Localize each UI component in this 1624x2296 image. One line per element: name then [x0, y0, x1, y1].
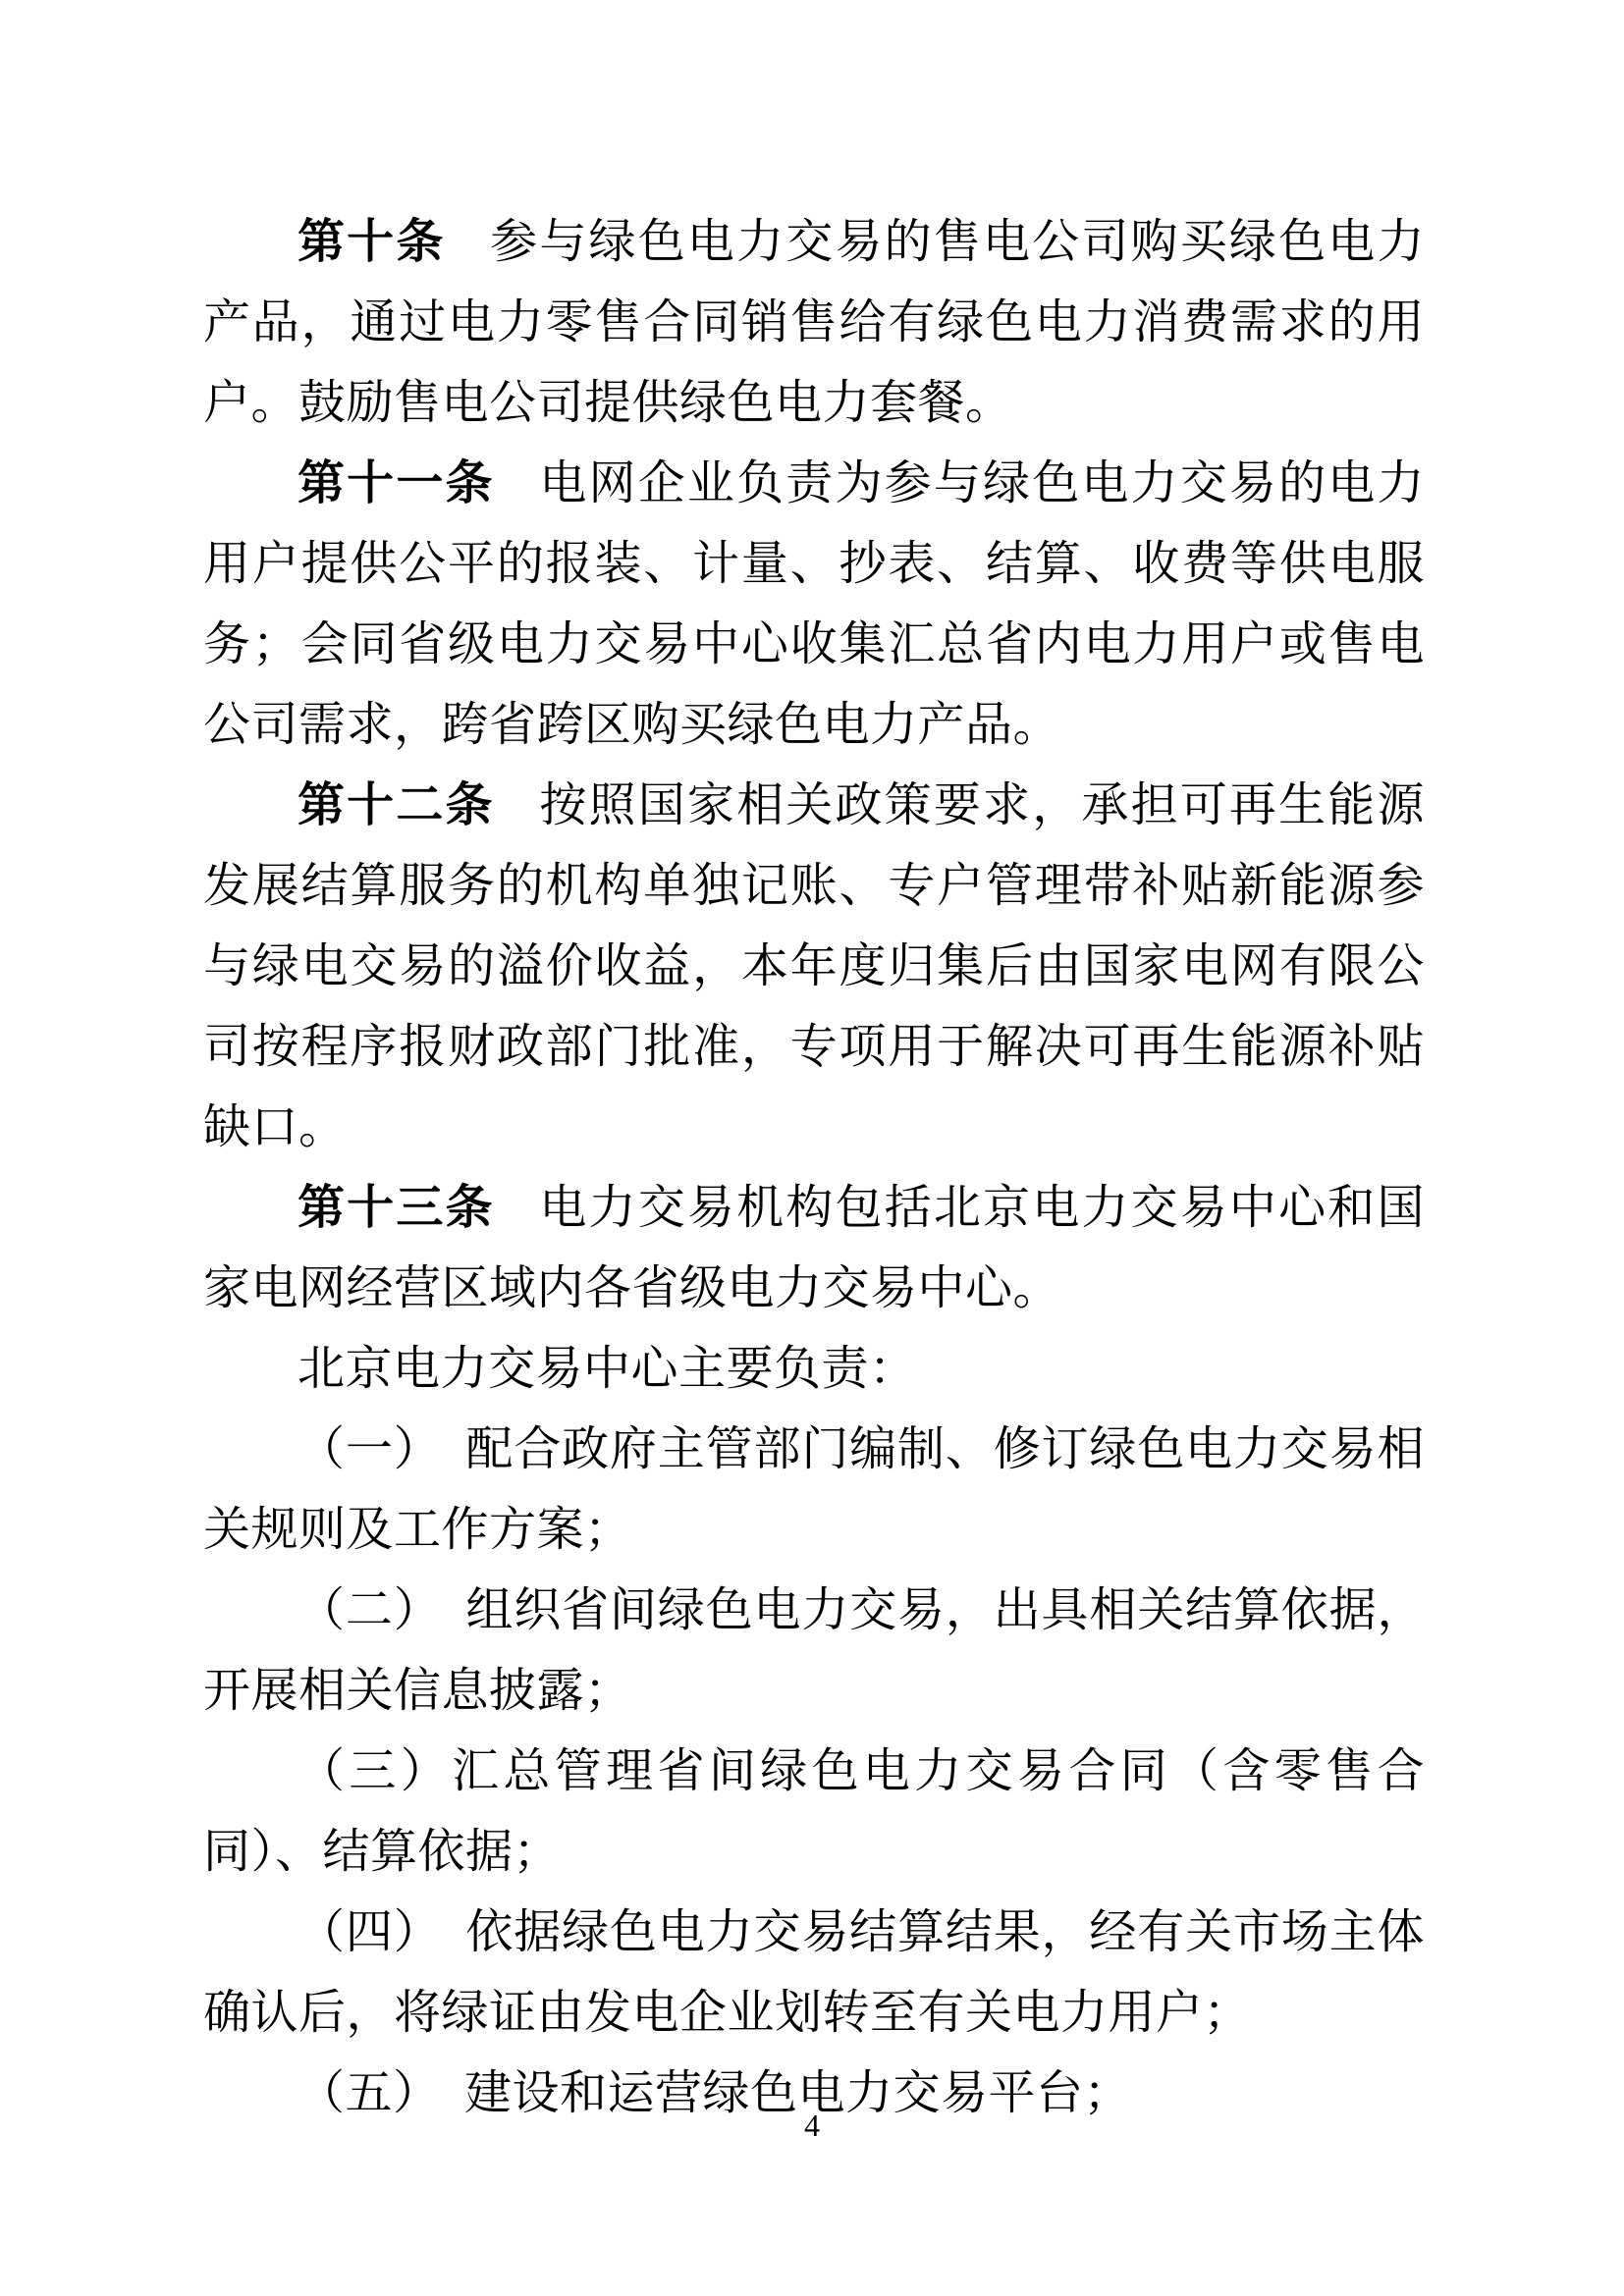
page-footer: 4 — [0, 2109, 1624, 2141]
article-10-number: 第十条 — [298, 216, 446, 268]
paragraph-article-10: 第十条参与绿色电力交易的售电公司购买绿色电力产品，通过电力零售合同销售给有绿色电… — [203, 202, 1425, 444]
paragraph-beijing-intro: 北京电力交易中心主要负责： — [203, 1329, 1425, 1410]
item-1-text: （一） 配合政府主管部门编制、修订绿色电力交易相关规则及工作方案； — [203, 1423, 1425, 1556]
paragraph-article-13: 第十三条电力交易机构包括北京电力交易中心和国家电网经营区域内各省级电力交易中心。 — [203, 1168, 1425, 1329]
paragraph-item-3: （三）汇总管理省间绿色电力交易合同（含零售合同）、结算依据； — [203, 1732, 1425, 1893]
article-12-number: 第十二条 — [298, 779, 495, 831]
beijing-intro-text: 北京电力交易中心主要负责： — [298, 1343, 917, 1395]
page-number: 4 — [804, 2108, 820, 2143]
paragraph-item-1: （一） 配合政府主管部门编制、修订绿色电力交易相关规则及工作方案； — [203, 1410, 1425, 1571]
paragraph-article-11: 第十一条电网企业负责为参与绿色电力交易的电力用户提供公平的报装、计量、抄表、结算… — [203, 444, 1425, 766]
article-11-number: 第十一条 — [298, 457, 495, 509]
paragraph-item-4: （四） 依据绿色电力交易结算结果，经有关市场主体确认后，将绿证由发电企业划转至有… — [203, 1893, 1425, 2054]
paragraph-item-2: （二） 组织省间绿色电力交易，出具相关结算依据，开展相关信息披露； — [203, 1571, 1425, 1732]
item-4-text: （四） 依据绿色电力交易结算结果，经有关市场主体确认后，将绿证由发电企业划转至有… — [203, 1906, 1425, 2039]
paragraph-article-12: 第十二条按照国家相关政策要求，承担可再生能源发展结算服务的机构单独记账、专户管理… — [203, 766, 1425, 1168]
article-12-text: 按照国家相关政策要求，承担可再生能源发展结算服务的机构单独记账、专户管理带补贴新… — [203, 779, 1425, 1153]
item-3-text: （三）汇总管理省间绿色电力交易合同（含零售合同）、结算依据； — [203, 1745, 1425, 1878]
article-13-number: 第十三条 — [298, 1182, 495, 1234]
document-body: 第十条参与绿色电力交易的售电公司购买绿色电力产品，通过电力零售合同销售给有绿色电… — [203, 202, 1425, 2134]
document-page: 第十条参与绿色电力交易的售电公司购买绿色电力产品，通过电力零售合同销售给有绿色电… — [0, 0, 1624, 2296]
item-2-text: （二） 组织省间绿色电力交易，出具相关结算依据，开展相关信息披露； — [203, 1584, 1425, 1717]
